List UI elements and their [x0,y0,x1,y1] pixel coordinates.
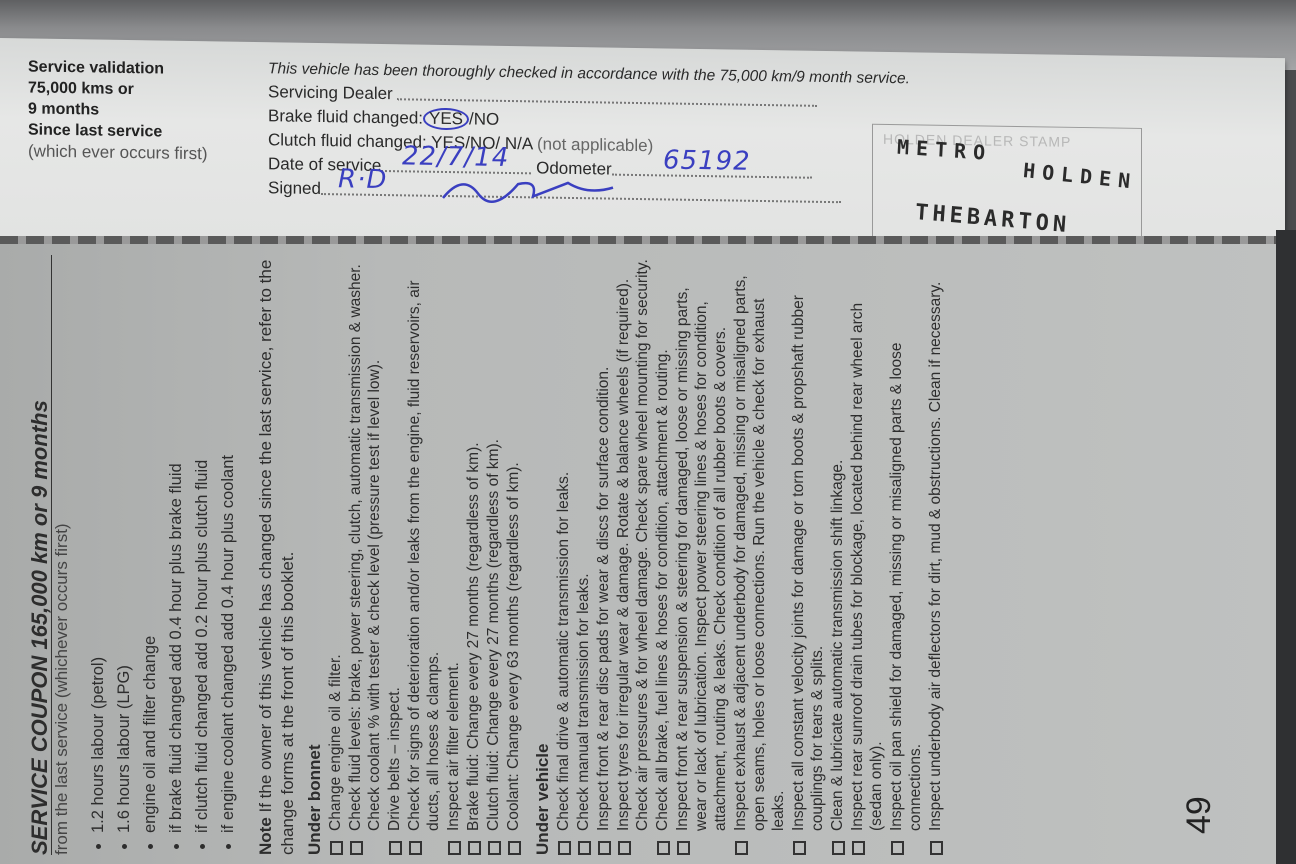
signed-label: Signed [268,178,321,198]
checkbox[interactable] [508,841,521,855]
checklist-item: Check for signs of deterioration and/or … [405,255,443,855]
labour-item: 1.2 hours labour (petrol) [85,255,111,833]
validation-summary: Service validation 75,000 kms or 9 month… [28,56,258,165]
labour-item: if brake fluid changed add 0.4 hour plus… [163,255,189,833]
checklist-item: Brake fluid: Change every 27 months (reg… [464,255,483,855]
signature-handwritten: R·D [338,167,387,192]
checklist-item-text: Brake fluid: Change every 27 months (reg… [464,442,483,831]
servicing-dealer-label: Servicing Dealer [268,82,393,103]
date-handwritten: 22/7/14 [402,144,509,170]
page-subtitle: from the last service (whichever occurs … [52,255,71,855]
odometer-handwritten: 65192 [663,148,751,173]
owner-note: Note If the owner of this vehicle has ch… [255,255,299,855]
checkbox[interactable] [735,841,748,855]
checklist-item: Inspect oil pan shield for damaged, miss… [887,255,925,855]
checklist-item: Check manual transmission for leaks. [574,255,593,855]
servicing-dealer-field[interactable] [397,98,817,107]
checklist-item: Change engine oil & filter. [326,255,345,855]
checkbox[interactable] [468,841,481,855]
checklist-item-text: Check fluid levels: brake, power steerin… [346,255,384,831]
page-number: 49 [1180,796,1219,834]
checklist-item: Check all brake, fuel lines & hoses for … [653,255,672,855]
checklist-item-text: Clutch fluid: Change every 27 months (re… [484,439,503,831]
stamp-line-1: METRO [896,135,992,165]
brake-fluid-label: Brake fluid changed: [268,106,423,127]
checkbox[interactable] [448,841,461,855]
under-bonnet-checklist: Change engine oil & filter.Check fluid l… [326,255,523,855]
checklist-item-text: Check all brake, fuel lines & hoses for … [653,349,672,831]
stamp-line-2: HOLDEN [1022,158,1138,194]
checklist-item: Drive belts – inspect. [385,255,404,855]
checklist-item-text: Inspect rear sunroof drain tubes for blo… [848,255,886,831]
note-label: Note [256,817,275,855]
checkbox[interactable] [409,841,422,855]
checkbox[interactable] [558,841,571,855]
checklist-item: Check fluid levels: brake, power steerin… [346,255,384,855]
signature-scribble-icon [438,173,618,206]
checkbox[interactable] [930,841,943,855]
checklist-item: Inspect air filter element. [444,255,463,855]
under-vehicle-heading: Under vehicle [533,255,552,855]
brake-fluid-yes-circled[interactable]: YES [423,108,469,131]
under-vehicle-checklist: Check final drive & automatic transmissi… [554,255,945,855]
checklist-item-text: Inspect oil pan shield for damaged, miss… [887,255,925,831]
labour-item: 1.6 hours labour (LPG) [111,255,137,833]
page-title: SERVICE COUPON 165,000 km or 9 months [30,255,52,855]
checkbox[interactable] [598,841,611,855]
checkbox[interactable] [793,841,806,855]
checklist-item: Inspect front & rear suspension & steeri… [673,255,730,855]
checklist-item: Inspect all constant velocity joints for… [789,255,827,855]
checklist-item-text: Drive belts – inspect. [385,687,404,831]
checklist-item-text: Coolant: Change every 63 months (regardl… [504,462,523,831]
note-text: If the owner of this vehicle has changed… [256,260,297,855]
checkbox[interactable] [657,841,670,855]
checkbox[interactable] [488,841,501,855]
checklist-item: Inspect tyres for irregular wear & damag… [614,255,652,855]
checklist-item: Inspect exhaust & adjacent underbody for… [731,255,788,855]
checklist-item-text: Inspect air filter element. [444,662,463,831]
checklist-item: Inspect front & rear disc pads for wear … [594,255,613,855]
stamp-line-3: THEBARTON [914,200,1071,238]
checkbox[interactable] [350,841,363,855]
labour-list: 1.2 hours labour (petrol) 1.6 hours labo… [85,255,241,855]
checklist-item-text: Inspect front & rear disc pads for wear … [594,367,613,831]
checklist-item-text: Inspect all constant velocity joints for… [789,255,827,831]
checklist-item-text: Inspect exhaust & adjacent underbody for… [731,255,788,831]
labour-item: engine oil and filter change [137,255,163,833]
checklist-item: Clean & lubricate automatic transmission… [828,255,847,855]
checkbox[interactable] [832,841,845,855]
checklist-item-text: Inspect tyres for irregular wear & damag… [614,255,652,831]
clutch-fluid-note: (not applicable) [537,134,653,155]
checklist-item-text: Check for signs of deterioration and/or … [405,255,443,831]
checkbox[interactable] [891,841,904,855]
service-validation-coupon: Service validation 75,000 kms or 9 month… [0,38,1285,258]
labour-item: if engine coolant changed add 0.4 hour p… [215,255,241,833]
checklist-item: Inspect underbody air deflectors for dir… [926,255,945,855]
checklist-item-text: Inspect underbody air deflectors for dir… [926,282,945,831]
checklist-item: Inspect rear sunroof drain tubes for blo… [848,255,886,855]
page-text: SERVICE COUPON 165,000 km or 9 months fr… [30,255,1140,855]
checklist-item: Check final drive & automatic transmissi… [554,255,573,855]
checklist-item-text: Check manual transmission for leaks. [574,573,593,831]
checklist-item-text: Check final drive & automatic transmissi… [554,472,573,831]
under-bonnet-heading: Under bonnet [305,255,324,855]
checklist-item-text: Change engine oil & filter. [326,654,345,831]
checkbox[interactable] [677,841,690,855]
checkbox[interactable] [330,841,343,855]
checkbox[interactable] [389,841,402,855]
checkbox[interactable] [578,841,591,855]
checklist-item: Clutch fluid: Change every 27 months (re… [484,255,503,855]
checkbox[interactable] [618,841,631,855]
brake-fluid-no[interactable]: /NO [469,109,499,128]
checklist-item-text: Clean & lubricate automatic transmission… [828,460,847,831]
checkbox[interactable] [852,841,865,855]
checklist-item: Coolant: Change every 63 months (regardl… [504,255,523,855]
checklist-item-text: Inspect front & rear suspension & steeri… [673,255,730,831]
validation-condition: (which ever occurs first) [28,140,258,165]
labour-item: if clutch fluid changed add 0.2 hour plu… [189,255,215,833]
